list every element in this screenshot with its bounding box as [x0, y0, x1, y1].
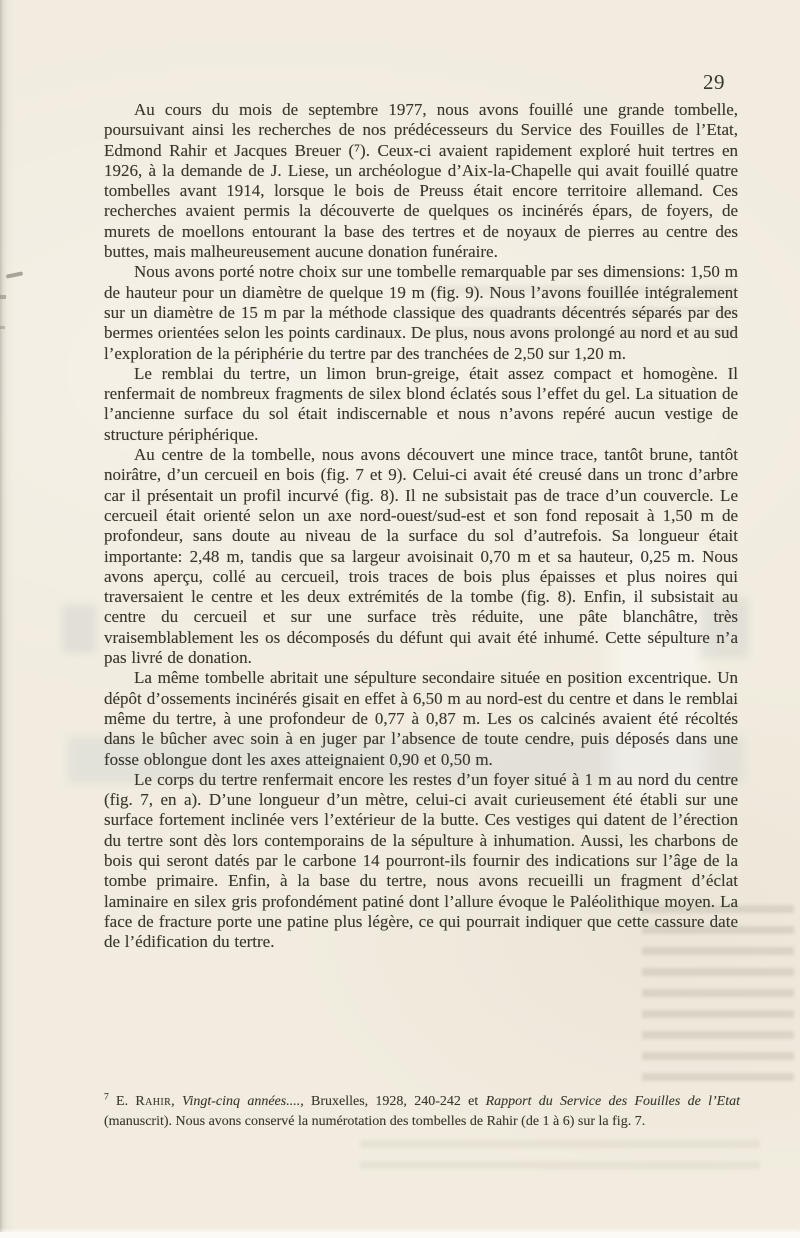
footnote-author-prefix: E. — [109, 1094, 136, 1109]
paragraph-3: Le remblai du tertre, un limon brun-grei… — [104, 364, 738, 445]
paragraph-6: Le corps du tertre renfermait encore les… — [104, 770, 738, 953]
footnote-title-1: Vingt-cinq années.... — [182, 1094, 300, 1109]
scanned-page: 29 Au cours du mois de septembre 1977, n… — [0, 0, 800, 1238]
footnote-title-2: Rapport du Service des Fouilles de l’Eta… — [486, 1094, 740, 1109]
paragraph-4: Au centre de la tombelle, nous avons déc… — [104, 445, 738, 668]
footnote: 7 E. Rahir, Vingt-cinq années...., Bruxe… — [104, 1092, 740, 1131]
page-edge-shadow — [0, 0, 14, 1238]
edge-tick-mark — [0, 326, 5, 329]
edge-tick-mark — [0, 295, 6, 299]
page-number: 29 — [703, 70, 725, 95]
show-through-artifact — [360, 1140, 760, 1180]
body-text: Au cours du mois de septembre 1977, nous… — [104, 100, 738, 952]
footnote-remainder: (manuscrit). Nous avons conservé la numé… — [104, 1114, 645, 1129]
scan-smudge — [62, 605, 96, 653]
paragraph-2: Nous avons porté notre choix sur une tom… — [104, 262, 738, 363]
footnote-publication-info: , Bruxelles, 1928, 240-242 et — [300, 1094, 485, 1109]
paragraph-5: La même tombelle abritait une sépulture … — [104, 668, 738, 769]
margin-pencil-mark — [6, 271, 23, 278]
page-bottom-edge — [0, 1232, 800, 1238]
footnote-separator: , — [171, 1094, 182, 1109]
footnote-author-name: Rahir — [135, 1094, 171, 1109]
paragraph-1: Au cours du mois de septembre 1977, nous… — [104, 100, 738, 262]
